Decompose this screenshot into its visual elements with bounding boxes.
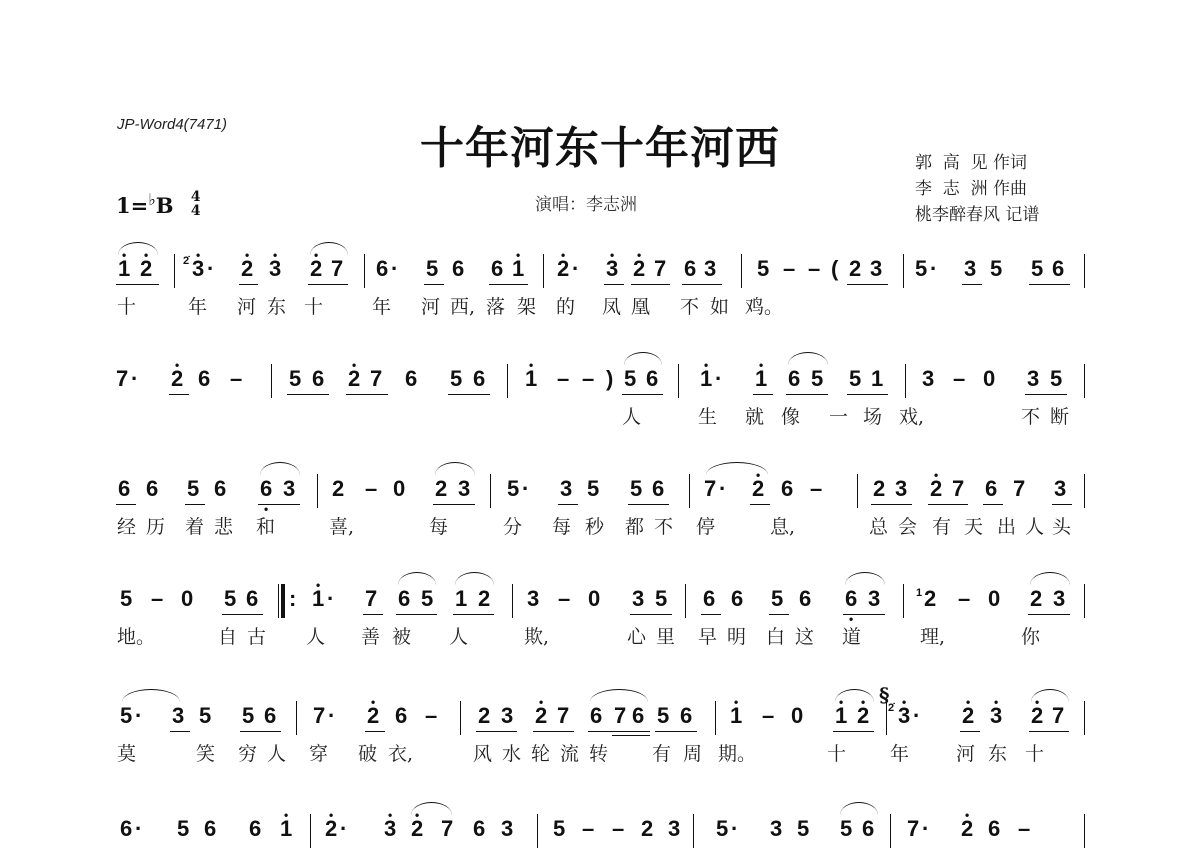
barline <box>678 364 679 398</box>
dash-extension: – <box>612 818 624 840</box>
note: 1• <box>700 368 712 390</box>
slur-arc <box>706 462 768 475</box>
note: 2 <box>478 705 490 727</box>
octave-high-dot: • <box>734 698 738 706</box>
beam-underline <box>847 284 888 285</box>
lyric-syllable: 都 <box>625 517 644 537</box>
dot-duration: · <box>391 258 398 280</box>
beam-underline <box>116 504 136 505</box>
octave-high-dot: • <box>902 698 906 706</box>
beam-underline <box>928 504 968 505</box>
lyric-syllable: 总 <box>869 517 888 537</box>
beam-underline <box>258 504 300 505</box>
barline <box>364 254 365 288</box>
note: 2• <box>325 818 337 840</box>
lyric-syllable: 风 <box>473 744 492 764</box>
barline <box>905 364 906 398</box>
lyric-syllable: 分 <box>503 517 522 537</box>
dot-duration: · <box>522 478 529 500</box>
note: 6 <box>395 705 407 727</box>
beam-underline <box>871 504 912 505</box>
beam-underline <box>453 614 494 615</box>
repeat-start-barline <box>278 584 285 618</box>
beam-underline <box>476 731 517 732</box>
note: 6 <box>405 368 417 390</box>
note: 5 <box>224 588 236 610</box>
score-line: 6·5661•2•·3•2•7635––235·35567·2•6– <box>0 0 1200 110</box>
octave-high-dot: • <box>371 698 375 706</box>
slur-arc <box>411 802 452 815</box>
lyric-syllable: 生 <box>698 407 717 427</box>
lyric-syllable: 流 <box>560 744 579 764</box>
transcriber-credit: 桃李醉春风 记谱 <box>915 202 1039 228</box>
note: 3 <box>1053 588 1065 610</box>
note: 6 <box>731 588 743 610</box>
note: 6 <box>473 368 485 390</box>
note: 7 <box>313 705 325 727</box>
note: 2• <box>171 368 183 390</box>
lyric-syllable: 出 <box>997 517 1016 537</box>
note: 1 <box>455 588 467 610</box>
beam-underline <box>962 284 982 285</box>
note: 3 <box>501 818 513 840</box>
note: 1• <box>280 818 292 840</box>
note: 1• <box>835 705 847 727</box>
lyric-syllable: 河 <box>421 297 440 317</box>
beam-underline <box>185 504 205 505</box>
lyric-syllable: 天 <box>964 517 983 537</box>
lyric-syllable: 年 <box>188 297 207 317</box>
lyric-syllable: 年 <box>372 297 391 317</box>
note: 5 <box>771 588 783 610</box>
note: 7 <box>365 588 377 610</box>
note: 5 <box>1050 368 1062 390</box>
note: 5 <box>716 818 728 840</box>
octave-high-dot: • <box>175 361 179 369</box>
lyric-syllable: 不 <box>654 517 673 537</box>
slur-arc <box>260 462 300 475</box>
beam-underline <box>424 284 444 285</box>
note: 2• <box>367 705 379 727</box>
key-prefix: 1= <box>116 193 148 218</box>
segno-icon: § <box>879 683 889 707</box>
note: 2• <box>348 368 360 390</box>
lyric-syllable: 里 <box>656 627 675 647</box>
note: 3 <box>632 588 644 610</box>
note: 5 <box>797 818 809 840</box>
note: 6 <box>473 818 485 840</box>
dash-extension: – <box>953 368 965 390</box>
lyric-syllable: 早 <box>698 627 717 647</box>
barline <box>317 474 318 508</box>
beam-underline <box>396 614 437 615</box>
note: 6 <box>198 368 210 390</box>
beam-underline <box>750 504 770 505</box>
note: 2• <box>930 478 942 500</box>
barline <box>1084 254 1085 288</box>
note: 2• <box>961 818 973 840</box>
lyric-syllable: 像 <box>781 407 800 427</box>
beam-underline <box>365 731 385 732</box>
dot-duration: · <box>913 705 920 727</box>
barline <box>507 364 508 398</box>
beam-underline <box>1029 284 1070 285</box>
barline <box>512 584 513 618</box>
note: 7 <box>441 818 453 840</box>
lyric-syllable: 破 <box>358 744 377 764</box>
beam-underline <box>655 731 697 732</box>
octave-high-dot: • <box>329 811 333 819</box>
lyric-syllable: 戏, <box>899 407 924 427</box>
beam-underline <box>170 731 190 732</box>
barline <box>689 474 690 508</box>
lyric-syllable: 东 <box>267 297 286 317</box>
note: 3 <box>870 258 882 280</box>
dash-extension: – <box>762 705 774 727</box>
dot-duration: · <box>731 818 738 840</box>
lyric-syllable: 不 <box>680 297 699 317</box>
lyric-syllable: 西, <box>450 297 475 317</box>
note: 2 <box>1030 588 1042 610</box>
note: 0 <box>588 588 600 610</box>
barline <box>693 814 694 848</box>
note: 5 <box>120 588 132 610</box>
lyric-syllable: 凰 <box>631 297 650 317</box>
slur-arc <box>435 462 475 475</box>
note: 5 <box>990 258 1002 280</box>
lyric-syllable: 鸡。 <box>745 297 783 317</box>
barline <box>490 474 491 508</box>
dash-extension: – <box>783 258 795 280</box>
lyric-syllable: 头 <box>1052 517 1071 537</box>
note: 2• <box>241 258 253 280</box>
note: 5 <box>187 478 199 500</box>
barline <box>543 254 544 288</box>
barline <box>890 814 891 848</box>
beam-underline <box>489 284 528 285</box>
lyric-syllable: 古 <box>247 627 266 647</box>
beam-underline <box>1025 394 1067 395</box>
beam-underline <box>1029 731 1069 732</box>
note: 2• <box>752 478 764 500</box>
note: ) <box>606 368 613 390</box>
note: 3 <box>283 478 295 500</box>
beam-underline <box>239 284 258 285</box>
lyric-syllable: 一 <box>829 407 848 427</box>
note: 5 <box>849 368 861 390</box>
lyric-syllable: 水 <box>502 744 521 764</box>
lyric-syllable: 你 <box>1021 627 1040 647</box>
beam-underline <box>833 731 874 732</box>
note: 2• <box>140 258 152 280</box>
note: 2• <box>535 705 547 727</box>
lyric-syllable: 落 <box>486 297 505 317</box>
note: 0 <box>393 478 405 500</box>
note: 6 <box>204 818 216 840</box>
beam-underline <box>630 614 672 615</box>
note: 1• <box>512 258 524 280</box>
note: 6 <box>452 258 464 280</box>
note: 2 <box>873 478 885 500</box>
barline <box>296 701 297 735</box>
note: 5 <box>587 478 599 500</box>
dot-duration: · <box>715 368 722 390</box>
dash-extension: – <box>151 588 163 610</box>
note: 2 <box>332 478 344 500</box>
dot-duration: · <box>207 258 214 280</box>
note: 2 <box>641 818 653 840</box>
lyric-syllable: 每 <box>552 517 571 537</box>
barline <box>903 254 904 288</box>
dash-extension: – <box>808 258 820 280</box>
lyric-syllable: 穷 <box>238 744 257 764</box>
note: 6 <box>590 705 602 727</box>
note: 0 <box>988 588 1000 610</box>
lyric-syllable: 笑 <box>196 744 215 764</box>
note: 5 <box>624 368 636 390</box>
note: 7 <box>370 368 382 390</box>
octave-high-dot: • <box>352 361 356 369</box>
beam-underline <box>753 394 773 395</box>
note: 5 <box>1031 258 1043 280</box>
note: 2• <box>310 258 322 280</box>
note: 6 <box>120 818 132 840</box>
note: 6 <box>264 705 276 727</box>
dash-extension: – <box>582 368 594 390</box>
time-signature-bottom: 4 <box>191 204 201 218</box>
note: 2• <box>1031 705 1043 727</box>
barline <box>460 701 461 735</box>
note: 0 <box>983 368 995 390</box>
note: 3• <box>990 705 1002 727</box>
note: 6 <box>146 478 158 500</box>
octave-high-dot: • <box>529 361 533 369</box>
note: 7 <box>704 478 716 500</box>
lyric-syllable: 这 <box>795 627 814 647</box>
note: 3 <box>1027 368 1039 390</box>
dash-extension: – <box>365 478 377 500</box>
note: 3 <box>172 705 184 727</box>
lyric-syllable: 断 <box>1050 407 1069 427</box>
beam-underline <box>843 614 885 615</box>
note: 6• <box>260 478 272 500</box>
lyric-syllable: 人 <box>449 627 468 647</box>
note: 5 <box>507 478 519 500</box>
beam-underline <box>588 731 650 732</box>
note: 6 <box>1052 258 1064 280</box>
grace-note: 1 <box>916 588 922 599</box>
note: 5 <box>120 705 132 727</box>
note: 6 <box>398 588 410 610</box>
octave-low-dot: • <box>264 505 268 513</box>
dash-extension: – <box>582 818 594 840</box>
note: 1• <box>755 368 767 390</box>
beam-underline-double <box>612 735 650 736</box>
beam-underline <box>701 614 721 615</box>
lyric-syllable: 有 <box>652 744 671 764</box>
lyric-syllable: 人 <box>267 744 286 764</box>
lyric-syllable: 就 <box>745 407 764 427</box>
lyric-syllable: 欺, <box>524 627 549 647</box>
beam-underline <box>983 504 1003 505</box>
lyric-syllable: 转 <box>589 744 608 764</box>
note: 5 <box>657 705 669 727</box>
beam-underline <box>346 394 388 395</box>
lyric-syllable: 秒 <box>585 517 604 537</box>
note: 3• <box>384 818 396 840</box>
octave-high-dot: • <box>245 251 249 259</box>
dot-duration: · <box>327 588 334 610</box>
note: 6 <box>703 588 715 610</box>
note: 5 <box>811 368 823 390</box>
dot-duration: · <box>340 818 347 840</box>
octave-high-dot: • <box>273 251 277 259</box>
note: 7 <box>952 478 964 500</box>
lyric-syllable: 地。 <box>117 627 155 647</box>
note: 6 <box>491 258 503 280</box>
beam-underline <box>448 394 490 395</box>
barline <box>174 254 175 288</box>
octave-high-dot: • <box>539 698 543 706</box>
note: 1• <box>118 258 130 280</box>
beam-underline <box>631 284 670 285</box>
lyric-syllable: 息, <box>770 517 795 537</box>
slur-arc <box>840 802 878 815</box>
note: 6 <box>376 258 388 280</box>
note: 3• <box>192 258 204 280</box>
beam-underline <box>622 394 663 395</box>
lyric-syllable: 的 <box>556 297 575 317</box>
lyric-syllable: 被 <box>392 627 411 647</box>
beam-underline <box>628 504 669 505</box>
octave-high-dot: • <box>561 251 565 259</box>
note: 6 <box>214 478 226 500</box>
beam-underline <box>433 504 475 505</box>
note: 5 <box>840 818 852 840</box>
lyric-syllable: 架 <box>517 297 536 317</box>
note: 7 <box>1013 478 1025 500</box>
note: 5 <box>655 588 667 610</box>
dash-extension: – <box>810 478 822 500</box>
octave-high-dot: • <box>388 811 392 819</box>
note: 5 <box>450 368 462 390</box>
note: 6• <box>845 588 857 610</box>
lyric-syllable: 河 <box>237 297 256 317</box>
singer-credit: 演唱：李志洲 <box>535 190 637 215</box>
note: 5 <box>630 478 642 500</box>
lyric-syllable: 悲 <box>214 517 233 537</box>
dot-duration: · <box>572 258 579 280</box>
beam-underline <box>558 504 578 505</box>
note: 6 <box>246 588 258 610</box>
lyric-syllable: 凤 <box>602 297 621 317</box>
beam-underline <box>287 394 329 395</box>
lyric-syllable: 如 <box>710 297 729 317</box>
lyric-syllable: 明 <box>727 627 746 647</box>
barline <box>1084 364 1085 398</box>
lyric-syllable: 经 <box>117 517 136 537</box>
composer-credit: 李 志 洲 作曲 <box>915 176 1039 202</box>
octave-high-dot: • <box>704 361 708 369</box>
note: 1 <box>871 368 883 390</box>
lyric-syllable: 心 <box>627 627 646 647</box>
octave-high-dot: • <box>934 471 938 479</box>
lyric-syllable: 有 <box>932 517 951 537</box>
time-signature: 4 4 <box>191 190 201 218</box>
beam-underline <box>604 284 624 285</box>
lyric-syllable: 喜, <box>329 517 354 537</box>
beam-underline <box>363 614 383 615</box>
lyric-syllable: 十 <box>827 744 846 764</box>
note: 6 <box>652 478 664 500</box>
note: 3 <box>770 818 782 840</box>
note: 3 <box>964 258 976 280</box>
note: 6 <box>646 368 658 390</box>
dash-extension: – <box>958 588 970 610</box>
note: 2 <box>924 588 936 610</box>
time-signature-top: 4 <box>191 190 201 204</box>
note: 7 <box>614 705 626 727</box>
lyric-syllable: 道 <box>842 627 861 647</box>
octave-high-dot: • <box>637 251 641 259</box>
slur-arc <box>624 352 662 365</box>
lyric-syllable: 着 <box>185 517 204 537</box>
slur-arc <box>845 572 885 585</box>
note: ( <box>831 258 838 280</box>
note: 2• <box>557 258 569 280</box>
note: 2• <box>962 705 974 727</box>
lyric-syllable: 人 <box>306 627 325 647</box>
slur-arc <box>1030 572 1070 585</box>
note: 3 <box>868 588 880 610</box>
beam-underline <box>960 731 980 732</box>
note: 3 <box>1054 478 1066 500</box>
note: 2• <box>857 705 869 727</box>
dash-extension: – <box>230 368 242 390</box>
lyric-syllable: 理, <box>920 627 945 647</box>
note: 0 <box>791 705 803 727</box>
beam-underline <box>847 394 888 395</box>
slur-arc <box>1031 689 1069 702</box>
lyric-syllable: 十 <box>304 297 323 317</box>
note: 7 <box>907 818 919 840</box>
barline <box>1084 584 1085 618</box>
note: 6 <box>249 818 261 840</box>
lyric-syllable: 历 <box>146 517 165 537</box>
lyric-syllable: 人 <box>1025 517 1044 537</box>
dash-extension: – <box>1018 818 1030 840</box>
beam-underline <box>240 731 281 732</box>
beam-underline <box>1028 614 1070 615</box>
barline <box>685 584 686 618</box>
beam-underline <box>308 284 348 285</box>
dash-extension: – <box>558 588 570 610</box>
barline <box>1084 701 1085 735</box>
note: 3 <box>668 818 680 840</box>
octave-high-dot: • <box>284 811 288 819</box>
lyric-syllable: 善 <box>361 627 380 647</box>
note: 6 <box>985 478 997 500</box>
note: 5 <box>915 258 927 280</box>
dot-duration: · <box>922 818 929 840</box>
beam-underline <box>1052 504 1072 505</box>
octave-high-dot: • <box>610 251 614 259</box>
lyric-syllable: 会 <box>898 517 917 537</box>
note: 6 <box>118 478 130 500</box>
note: 5 <box>426 258 438 280</box>
note: 2• <box>633 258 645 280</box>
beam-underline <box>769 614 789 615</box>
